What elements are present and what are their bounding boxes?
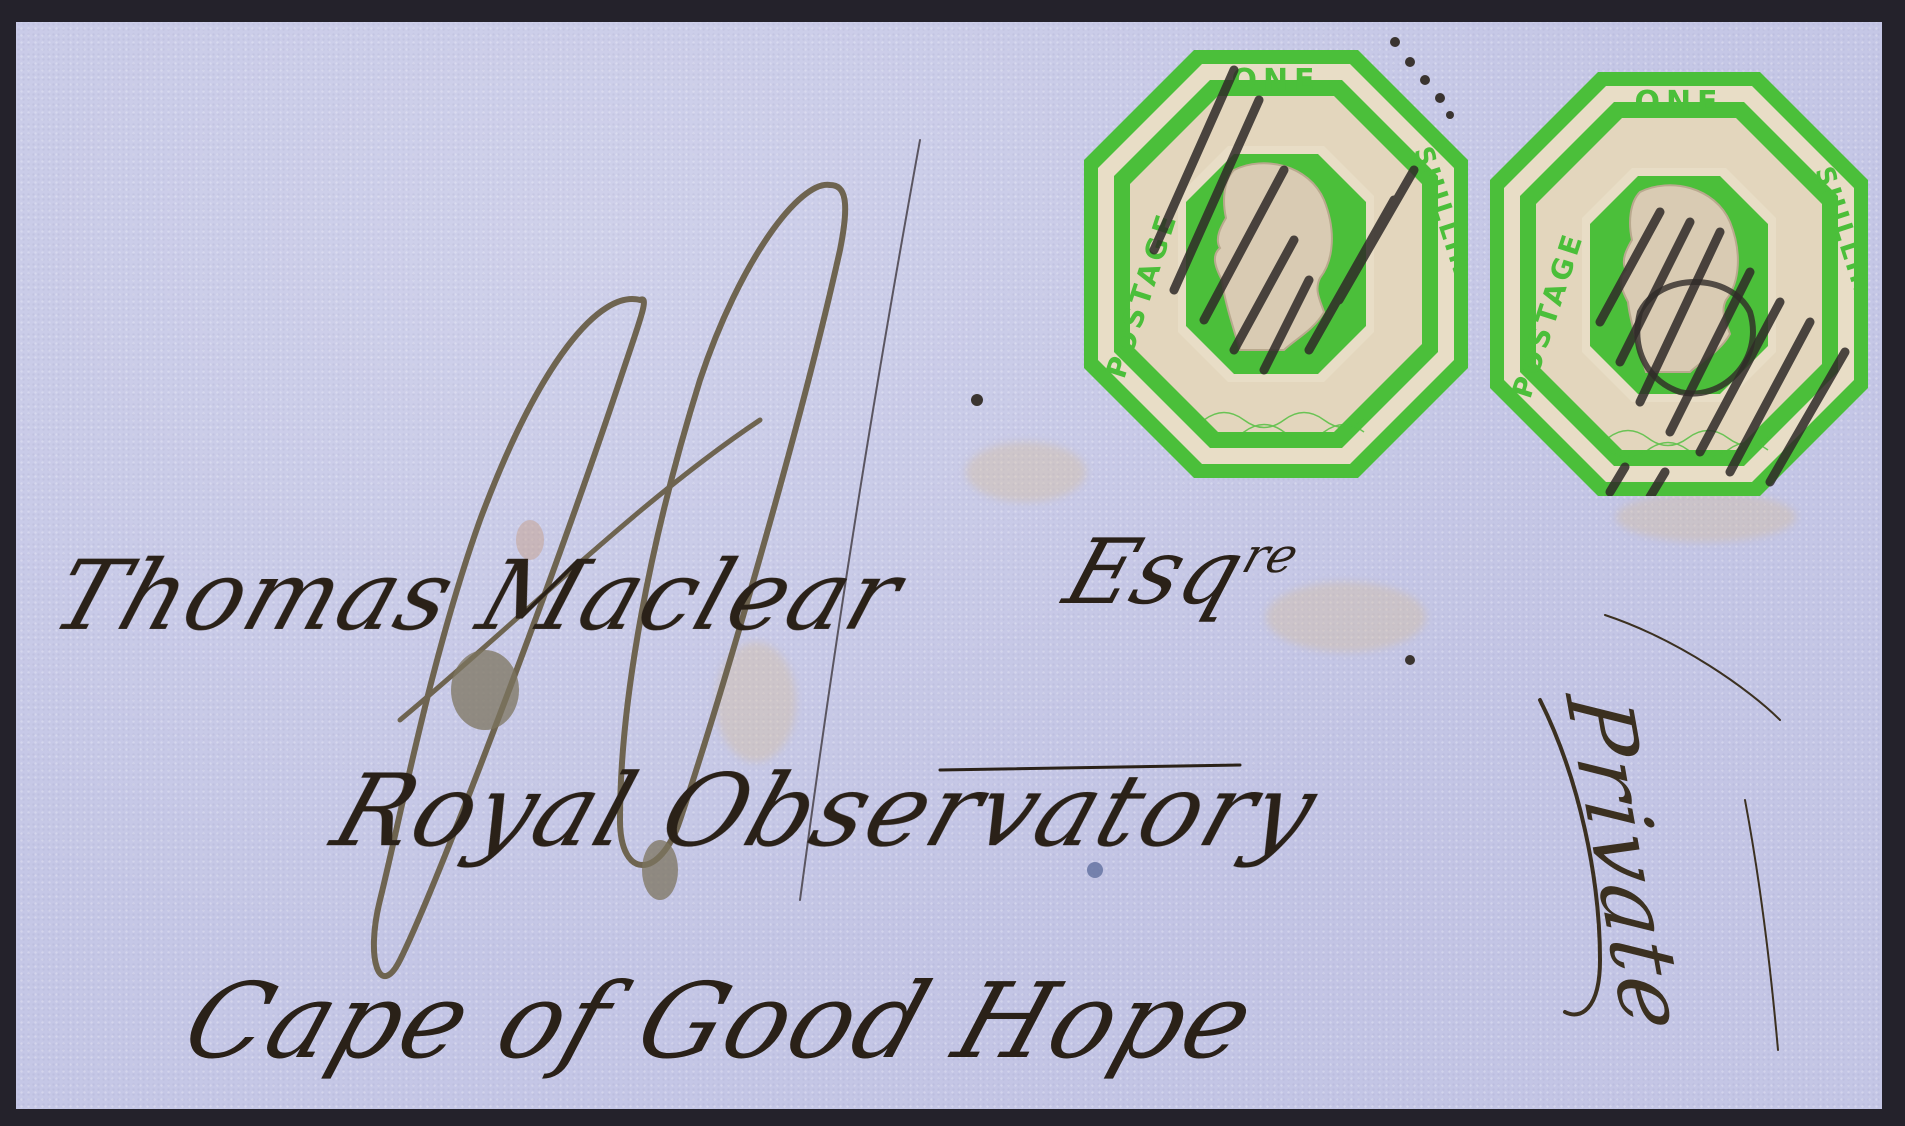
address-line-institution: Royal Observatory — [320, 752, 1333, 869]
ink-blot — [451, 650, 519, 730]
private-descender — [1745, 800, 1778, 1050]
stamp-one-shilling-1: ONE POSTAGE SHILLING — [1084, 50, 1468, 478]
address-line-name: Thomas Maclear — [40, 540, 916, 652]
stamp-label-top: ONE — [1634, 85, 1723, 120]
address-line-location: Cape of Good Hope — [170, 960, 1270, 1082]
stamp-label-top: ONE — [1231, 63, 1320, 98]
photo-frame: ONE POSTAGE SHILLING ONE POSTAGE SHILLIN… — [0, 0, 1905, 1126]
address-honorific: Esqre — [1053, 520, 1308, 625]
honorific-text: Esq — [1053, 520, 1257, 625]
stamp-one-shilling-2: ONE POSTAGE SHILLING — [1490, 72, 1868, 496]
